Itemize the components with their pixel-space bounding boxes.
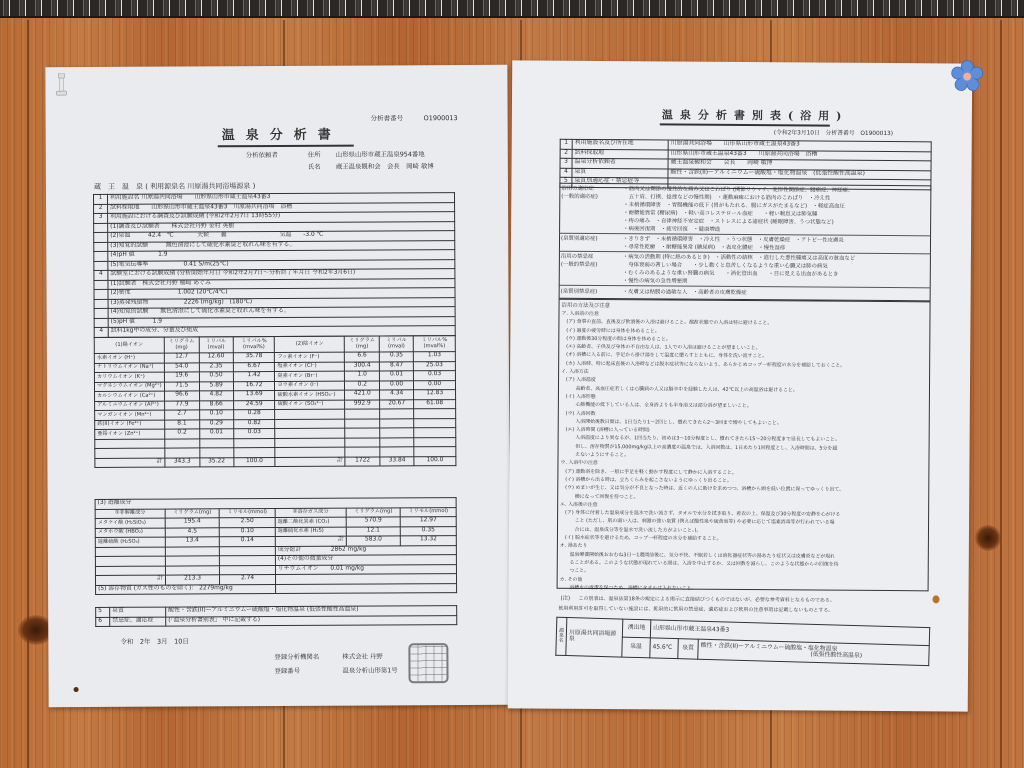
cation-name (95, 448, 165, 458)
cation-total-mg: 343.3 (165, 457, 200, 467)
specific-contraindications-label: (泉質別禁忌症) (561, 288, 598, 296)
anion-name: 硫酸イオン (SO₄²⁻) (275, 400, 345, 410)
spring-quality: 酸性・含鉄(II)ーアルミニウムー硫酸塩・塩化物温泉 (701, 642, 838, 652)
gas-mmol: 0.35 (400, 526, 456, 536)
cation-mg: 12.7 (164, 353, 199, 363)
hot-spring-analysis-sheet: 分析書番号 O1900013 温泉分析書 分析依頼者 住所 山形県山形市蔵王温泉… (45, 65, 510, 707)
cation-mval-pct (233, 438, 275, 448)
appendix-title: 温泉分析書別表(浴用) (662, 109, 848, 121)
anion-mval-pct (414, 447, 456, 457)
cation-total-pct: 100.0 (234, 457, 276, 467)
gas-total-mmol: 13.32 (400, 536, 456, 546)
requester-name: 蔵王温泉観和会 会長 岡崎 敏博 (336, 163, 434, 170)
nonvolatile-name: メタケイ酸 (H₂SiO₃) (95, 518, 165, 528)
location-label: 湧出地 (622, 619, 650, 638)
agency-label: 登録分析機関名 (274, 654, 319, 661)
anion-name (275, 428, 345, 438)
nonvolatile-mg: 4.5 (165, 527, 219, 537)
anion-mval-pct: 0.00 (414, 380, 456, 390)
nonvolatile-mmol: 2.50 (219, 518, 275, 528)
anion-mg (345, 428, 380, 438)
temp-label: 泉温 (622, 637, 651, 658)
cation-name (95, 439, 165, 449)
contraindications-label: 浴用の禁忌症 (561, 253, 593, 261)
board-top-rail (0, 0, 1024, 18)
cation-mg: 2.7 (165, 410, 200, 420)
anion-mg: 0.2 (345, 380, 380, 390)
anion-mval (380, 428, 414, 438)
anion-name: フッ素イオン (F⁻) (275, 352, 345, 362)
name-label: 氏名 (308, 164, 321, 170)
wood-knot (975, 525, 1001, 551)
row-no (94, 318, 108, 328)
nonvolatile-name (95, 556, 165, 566)
cation-mval-pct: 0.28 (233, 410, 275, 420)
nonvolatile-total-mg: 213.3 (165, 575, 219, 585)
nonvolatile-mmol: 0.10 (219, 527, 275, 537)
column-header: ミリバル (mval) (199, 337, 233, 353)
column-header: ミリグラム (mg) (345, 336, 380, 352)
text-line: 浴槽水の清潔を保つため、浴槽にタオルは入れないこと。 (560, 584, 844, 594)
cation-mval-pct: 13.69 (233, 391, 275, 401)
column-header: ミリバル% (mval%) (233, 337, 275, 353)
anion-mval: 8.47 (379, 361, 413, 371)
anion-mval: 0.35 (379, 352, 413, 362)
footnote-mark: (注) (560, 595, 570, 603)
nonvolatile-mmol (219, 556, 275, 566)
doc-number-label: 分析書番号 (371, 115, 404, 122)
pushpin-icon (53, 73, 69, 101)
cation-name: マグネシウムイオン (Mg²⁺) (94, 382, 164, 392)
board-seam (27, 20, 29, 768)
official-seal (408, 643, 448, 683)
cation-mval-pct: 6.67 (233, 362, 275, 372)
anion-mval-pct: 1.03 (414, 352, 456, 362)
row-no: 2 (94, 204, 108, 214)
anion-mval-pct (414, 428, 456, 438)
indications-sublabel: (一般的適応症) (561, 193, 598, 201)
row-no (94, 308, 108, 318)
address-label: 住所 (308, 152, 321, 158)
anion-name (275, 409, 345, 419)
nonvolatile-name: 遊離硫酸 (H₂SO₄) (95, 537, 165, 547)
cation-name: 水素イオン (H⁺) (94, 353, 164, 363)
doc-number: O1900013 (424, 115, 458, 122)
anion-name: 硫酸水素イオン (HSO₄⁻) (275, 390, 345, 400)
column-header: ミリモル(mmol) (400, 507, 456, 517)
cation-mg: 0.2 (165, 429, 200, 439)
cation-name: マンガンイオン (Mn²⁺) (95, 410, 165, 420)
anion-mg: 421.0 (345, 390, 380, 400)
row-no: 2 (560, 149, 572, 159)
nonvolatile-name: メタホウ酸 (HBO₂) (95, 528, 165, 538)
cation-mg: 77.9 (165, 400, 200, 410)
anion-mval: 20.67 (380, 399, 414, 409)
column-header: ②溶存ガス成分 (275, 508, 346, 518)
gas-mg: 570.9 (346, 517, 400, 527)
anion-mval-pct: 12.83 (414, 390, 456, 400)
cation-mval: 0.10 (199, 410, 233, 420)
anion-mval-pct: 61.08 (414, 399, 456, 409)
column-header: ミリグラム(mg) (165, 508, 219, 518)
anion-name (275, 447, 345, 457)
nonvolatile-mg (165, 556, 219, 566)
cation-total-mval: 35.22 (199, 457, 233, 467)
cation-mval: 0.01 (199, 429, 233, 439)
cation-mg (165, 438, 200, 448)
test-results-table: 1利用施設名 川原湯共同浴場 山形県山形市蔵王温泉43番32試料採取地 山形県山… (93, 192, 456, 337)
general-indications: ・筋肉又は関節の慢性的な痛み又はこわばり (関節リウマチ、変形性関節症、腰痛症、… (623, 185, 853, 235)
row-no: 4 (94, 327, 108, 337)
bathing-notes: ア. 入浴前の注意 (ア) 食事の直前、直後及び飲酒後の入浴は避けること。酩酊状… (560, 310, 846, 594)
nonvolatile-mg: 13.4 (165, 537, 219, 547)
anion-mval-pct (414, 437, 456, 447)
column-header: ミリバル (mval) (379, 336, 413, 352)
source-summary-table: 源泉名 川原湯共同浴場源泉 湧出地 山形県山形市蔵王温泉43番3 泉温 45.6… (555, 617, 930, 666)
cation-mval-pct: 0.03 (233, 429, 275, 439)
row-no: 3 (560, 158, 572, 168)
row-no (94, 242, 108, 252)
footnote-2: 飲用利用許可を取得していない施設には、鉱泉的に飲用の禁忌症、適応症および飲用の注… (558, 605, 833, 615)
quality-table: 5泉質酸性・含鉄(II)ーアルミニウムー硫酸塩・塩化物温泉 (低張性酸性高温泉)… (95, 605, 457, 627)
row-no (94, 261, 108, 271)
cation-mg: 8.1 (165, 419, 200, 429)
anion-mg (345, 409, 380, 419)
total-label: 計 (95, 575, 165, 585)
indications-label: 浴用の適応症 (561, 185, 593, 193)
cation-mval: 5.89 (199, 381, 233, 391)
gas-mg: 12.1 (346, 526, 400, 536)
column-header: ミリグラム(mg) (346, 507, 400, 517)
address: 山形県山形市蔵王温泉954番地 (336, 151, 425, 158)
quality-note: (低張性酸性高温泉) (810, 651, 862, 658)
anion-mval (380, 447, 414, 457)
anion-mg: 992.9 (345, 399, 380, 409)
cation-mval: 4.82 (199, 391, 233, 401)
row-no: 5 (96, 607, 110, 617)
cation-mval-pct: 0.82 (233, 419, 275, 429)
column-header: ミリグラム (mg) (164, 337, 199, 353)
flower-pushpin-icon (950, 59, 984, 93)
row-no (94, 289, 108, 299)
cation-mg: 96.6 (165, 391, 200, 401)
issue-date: 令和 2年 3月 10日 (120, 638, 189, 645)
anion-mval (380, 418, 414, 428)
quality-label: 泉質 (678, 639, 699, 660)
pin-hole (932, 595, 939, 603)
cation-mval: 12.60 (199, 353, 233, 363)
row-no (94, 280, 108, 290)
ion-table: (1)陽イオンミリグラム (mg)ミリバル (mval)ミリバル% (mval%… (94, 335, 457, 468)
row-no: 1 (560, 139, 572, 149)
cation-mval: 0.50 (199, 372, 233, 382)
spring-heading: 蔵 王 温 泉 ( 利用源泉名 川原湯共同浴場源泉 ) (94, 183, 255, 191)
total-label: 計 (95, 458, 165, 468)
footnote-1: この別表は、温泉法第18条の規定による掲示に直接結びつくものではないが、必要な参… (578, 595, 834, 605)
cation-mval (199, 448, 233, 458)
anion-mg (345, 437, 380, 447)
anion-mg: 300.4 (345, 361, 380, 371)
indication-note: (「温泉分析書別表」 中に記載する) (166, 615, 457, 626)
column-header: (1)陽イオン (94, 337, 164, 353)
source-name: 川原湯共同浴場源泉 (566, 618, 623, 658)
registration-number: 温泉分析山形第1号 (342, 667, 397, 674)
gas-total-mg: 583.0 (346, 536, 400, 546)
gas-name: 遊離二酸化炭素 (CO₂) (275, 517, 346, 527)
row-no (94, 232, 108, 242)
nonvolatile-mmol: 0.14 (219, 537, 275, 547)
contraindications-sublabel: (一般的禁忌症) (561, 261, 598, 269)
anion-mval: 4.34 (380, 390, 414, 400)
anion-total-mval: 33.84 (380, 456, 414, 466)
cation-name: ナトリウムイオン (Na⁺) (94, 363, 164, 373)
board-seam (1000, 20, 1002, 768)
nonvolatile-mg (165, 546, 219, 556)
cation-mval: 0.29 (199, 419, 233, 429)
anion-total-mg: 1722 (345, 456, 380, 466)
cation-mg: 54.0 (164, 362, 199, 372)
title-underline (660, 123, 830, 126)
cation-mval-pct: 16.72 (233, 381, 275, 391)
cation-mg: 71.5 (164, 381, 199, 391)
general-contraindications: ・病気の活動期 (特に熱のあるとき) ・活動性の結核 ・進行した悪性腫瘍又は高度… (623, 253, 856, 287)
cation-mval-pct (234, 448, 276, 458)
date-line: (令和2年3月10日 分析書番号 O1900013) (774, 131, 893, 138)
gas-mmol: 12.97 (400, 517, 456, 527)
anion-mg: 1.0 (345, 371, 380, 381)
column-header: ①非解離成分 (95, 509, 165, 519)
cation-mval-pct: 35.78 (233, 353, 275, 363)
cation-mg (165, 448, 200, 458)
registration-label: 登録番号 (274, 668, 300, 675)
anion-mval: 0.00 (380, 380, 414, 390)
cation-name: カルシウムイオン (Ca²⁺) (95, 391, 165, 401)
anion-mval-pct: 25.03 (414, 361, 456, 371)
cation-mval (199, 438, 233, 448)
anion-mg (345, 447, 380, 457)
anion-mval-pct: 0.03 (414, 371, 456, 381)
nonvolatile-mg: 195.4 (165, 518, 219, 528)
total-label: 計 (275, 457, 345, 467)
row-no: 1 (93, 194, 107, 204)
anion-mval (380, 437, 414, 447)
doc-title: 温泉分析書 (222, 129, 342, 143)
anion-mg: 6.6 (345, 352, 380, 362)
row-no (94, 251, 108, 261)
row-no: 4 (94, 270, 108, 280)
specific-indications-label: (泉質別適応症) (561, 235, 598, 243)
anion-mval-pct (414, 409, 456, 419)
anion-mg (345, 418, 380, 428)
requester-label: 分析依頼者 (246, 152, 278, 159)
cation-name: アルミニウムイオン (Al³⁺) (95, 401, 165, 411)
indication-label: 禁忌症、適応症 (110, 617, 166, 627)
hot-spring-analysis-appendix-sheet: 温泉分析書別表(浴用) (令和2年3月10日 分析書番号 O1900013) 1… (508, 60, 973, 711)
cation-mval: 2.35 (199, 362, 233, 372)
anion-name: 塩素イオン (Cl⁻) (275, 362, 345, 372)
total-label: 計 (275, 536, 346, 546)
agency-name: 株式会社 丹野 (342, 653, 382, 660)
nonvolatile-mmol (219, 546, 275, 556)
row-no (94, 223, 108, 233)
cation-mval: 8.66 (199, 400, 233, 410)
anion-mval: 0.01 (379, 371, 413, 381)
anion-name (275, 419, 345, 429)
nonvolatile-name (95, 547, 165, 557)
cation-name: 鉄(II)イオン (Fe²⁺) (95, 420, 165, 430)
cation-mval-pct: 24.59 (233, 400, 275, 410)
nonvolatile-mmol (220, 565, 276, 575)
empty-cell (275, 583, 456, 593)
nonvolatile-total-mmol: 2.74 (220, 575, 276, 585)
specific-indications: ・きりきず ・末梢循環障害 ・冷え性 ・うつ状態 ・皮膚乾燥症 ・アトピー性皮膚… (623, 235, 844, 253)
ion-header-row: (1)陽イオンミリグラム (mg)ミリバル (mval)ミリバル% (mval%… (94, 336, 455, 354)
ion-total-row: 計343.335.22100.0計172233.84100.0 (95, 456, 456, 467)
anion-name: 臭素イオン (Br⁻) (275, 371, 345, 381)
quality-label: 泉質 (110, 607, 166, 617)
nonvolatile-mg (165, 565, 219, 575)
free-components-table: (3) 遊離成分①非解離成分ミリグラム(mg)ミリモル(mmol)②溶存ガス成分… (95, 497, 457, 595)
cation-mval-pct: 1.42 (233, 372, 275, 382)
cation-name: カリウムイオン (K⁺) (94, 372, 164, 382)
pin-hole (74, 687, 79, 692)
dissolved-solids: (5) 溶存物質 (ガス性のものを除く)： 2279mg/kg (96, 584, 276, 594)
anion-mval (380, 409, 414, 419)
row-no: 6 (96, 617, 110, 627)
row-no: 4 (560, 168, 572, 178)
gas-name: 遊離硫化水素 (H₂S) (275, 527, 346, 537)
column-header: ミリバル% (mval%) (413, 336, 455, 352)
cation-name: 亜鉛イオン (Zn²⁺) (95, 429, 165, 439)
anion-name: ヨウ素イオン (I⁻) (275, 381, 345, 391)
nonvolatile-name (95, 566, 165, 576)
anion-mval-pct (414, 418, 456, 428)
row-no (94, 299, 108, 309)
spring-temperature: 45.6℃ (650, 638, 679, 659)
column-header: ミリモル(mmol) (219, 508, 275, 518)
specific-contraindications: ・皮膚又は粘膜の過敏な人 ・高齢者の皮膚乾燥症 (623, 288, 747, 297)
column-header: (2)陰イオン (275, 336, 345, 352)
anion-name (275, 438, 345, 448)
row-no: 3 (94, 213, 108, 223)
anion-total-pct: 100.0 (414, 456, 456, 466)
cation-mg: 19.6 (164, 372, 199, 382)
title-underline (218, 145, 354, 148)
